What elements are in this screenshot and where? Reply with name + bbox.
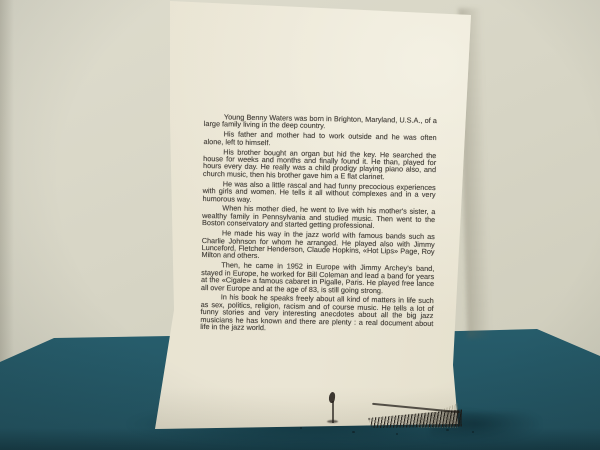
ink-speck: [300, 427, 302, 429]
blurb-paragraph: When his mother died, he went to live wi…: [202, 204, 435, 230]
photo-scene: Young Benny Waters was born in Brighton,…: [0, 0, 600, 450]
ink-speck: [472, 431, 474, 433]
ink-speck: [446, 429, 449, 431]
wall-corner-shading: [0, 0, 14, 375]
ink-speck: [352, 431, 355, 433]
ink-mark: [327, 420, 338, 423]
blurb-paragraph: In his book he speaks freely about all k…: [200, 293, 434, 334]
ink-speck: [396, 433, 398, 435]
blurb-paragraph: He made his way in the jazz world with f…: [201, 229, 434, 263]
blurb-paragraph: Then, he came in 1952 in Europe with Jim…: [201, 261, 434, 295]
blurb-paragraph: His brother bought an organ but hid the …: [203, 148, 436, 182]
blurb-paragraph: His father and mother had to work outsid…: [203, 130, 436, 149]
blurb-paragraph: He was also a little rascal and had funn…: [202, 180, 435, 206]
back-cover-blurb: Young Benny Waters was born in Brighton,…: [200, 113, 437, 337]
